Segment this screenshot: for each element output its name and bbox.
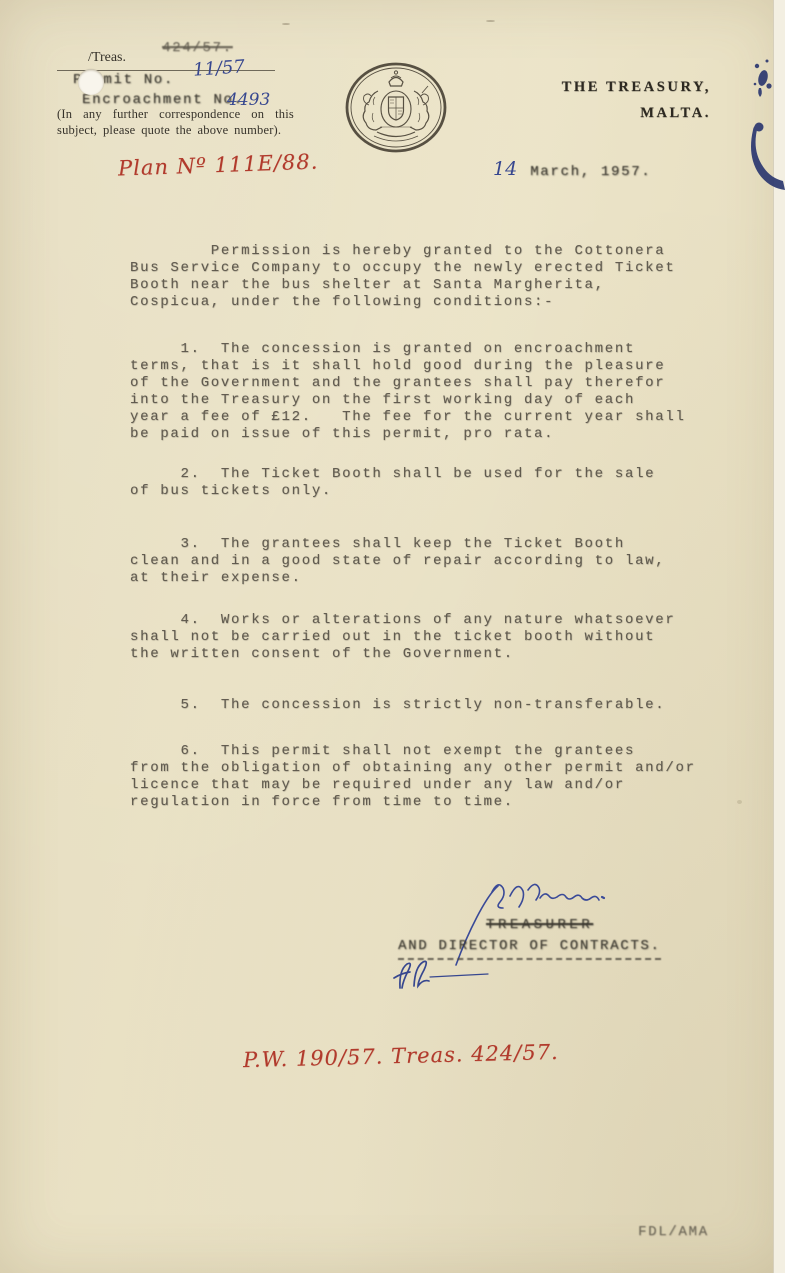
signer-role-1: TREASURER [486,917,593,934]
correspondence-note: (In any further correspondence on this s… [57,107,294,138]
clause-5: 5. The concession is strictly non-transf… [130,697,665,714]
permit-no-value: 11/57 [192,56,245,81]
clause-4: 4. Works or alterations of any nature wh… [130,612,675,663]
clause-2: 2. The Ticket Booth shall be used for th… [130,466,655,500]
treas-label: /Treas. [88,50,126,66]
royal-coat-of-arms-icon [344,61,448,154]
paper-speck [486,20,495,22]
countersign-initials [390,956,500,996]
date-typed: March, 1957. [530,164,651,180]
ink-blot [742,50,785,200]
paper-speck [737,800,742,804]
scanned-letter-page: 424/57. /Treas. Permit No. 11/57 Encroac… [0,0,785,1273]
date-line: 14 March, 1957. [493,158,651,181]
hole-punch [78,69,104,95]
clause-1: 1. The concession is granted on encroach… [130,341,686,443]
office-line-treasury: THE TREASURY, [498,74,711,100]
file-references: P.W. 190/57. Treas. 424/57. [243,1040,559,1072]
struck-file-ref: 424/57. [162,40,233,57]
clause-6: 6. This permit shall not exempt the gran… [130,743,696,811]
date-day-handwritten: 14 [493,158,517,180]
typist-initials: FDL/AMA [638,1224,709,1241]
office-line-malta: MALTA. [498,100,711,126]
plan-reference: Plan Nº 111E/88. [118,150,319,181]
clause-3: 3. The grantees shall keep the Ticket Bo… [130,536,665,587]
office-heading: THE TREASURY, MALTA. [498,74,711,126]
paper-speck [282,23,290,25]
intro-paragraph: Permission is hereby granted to the Cott… [130,243,675,311]
